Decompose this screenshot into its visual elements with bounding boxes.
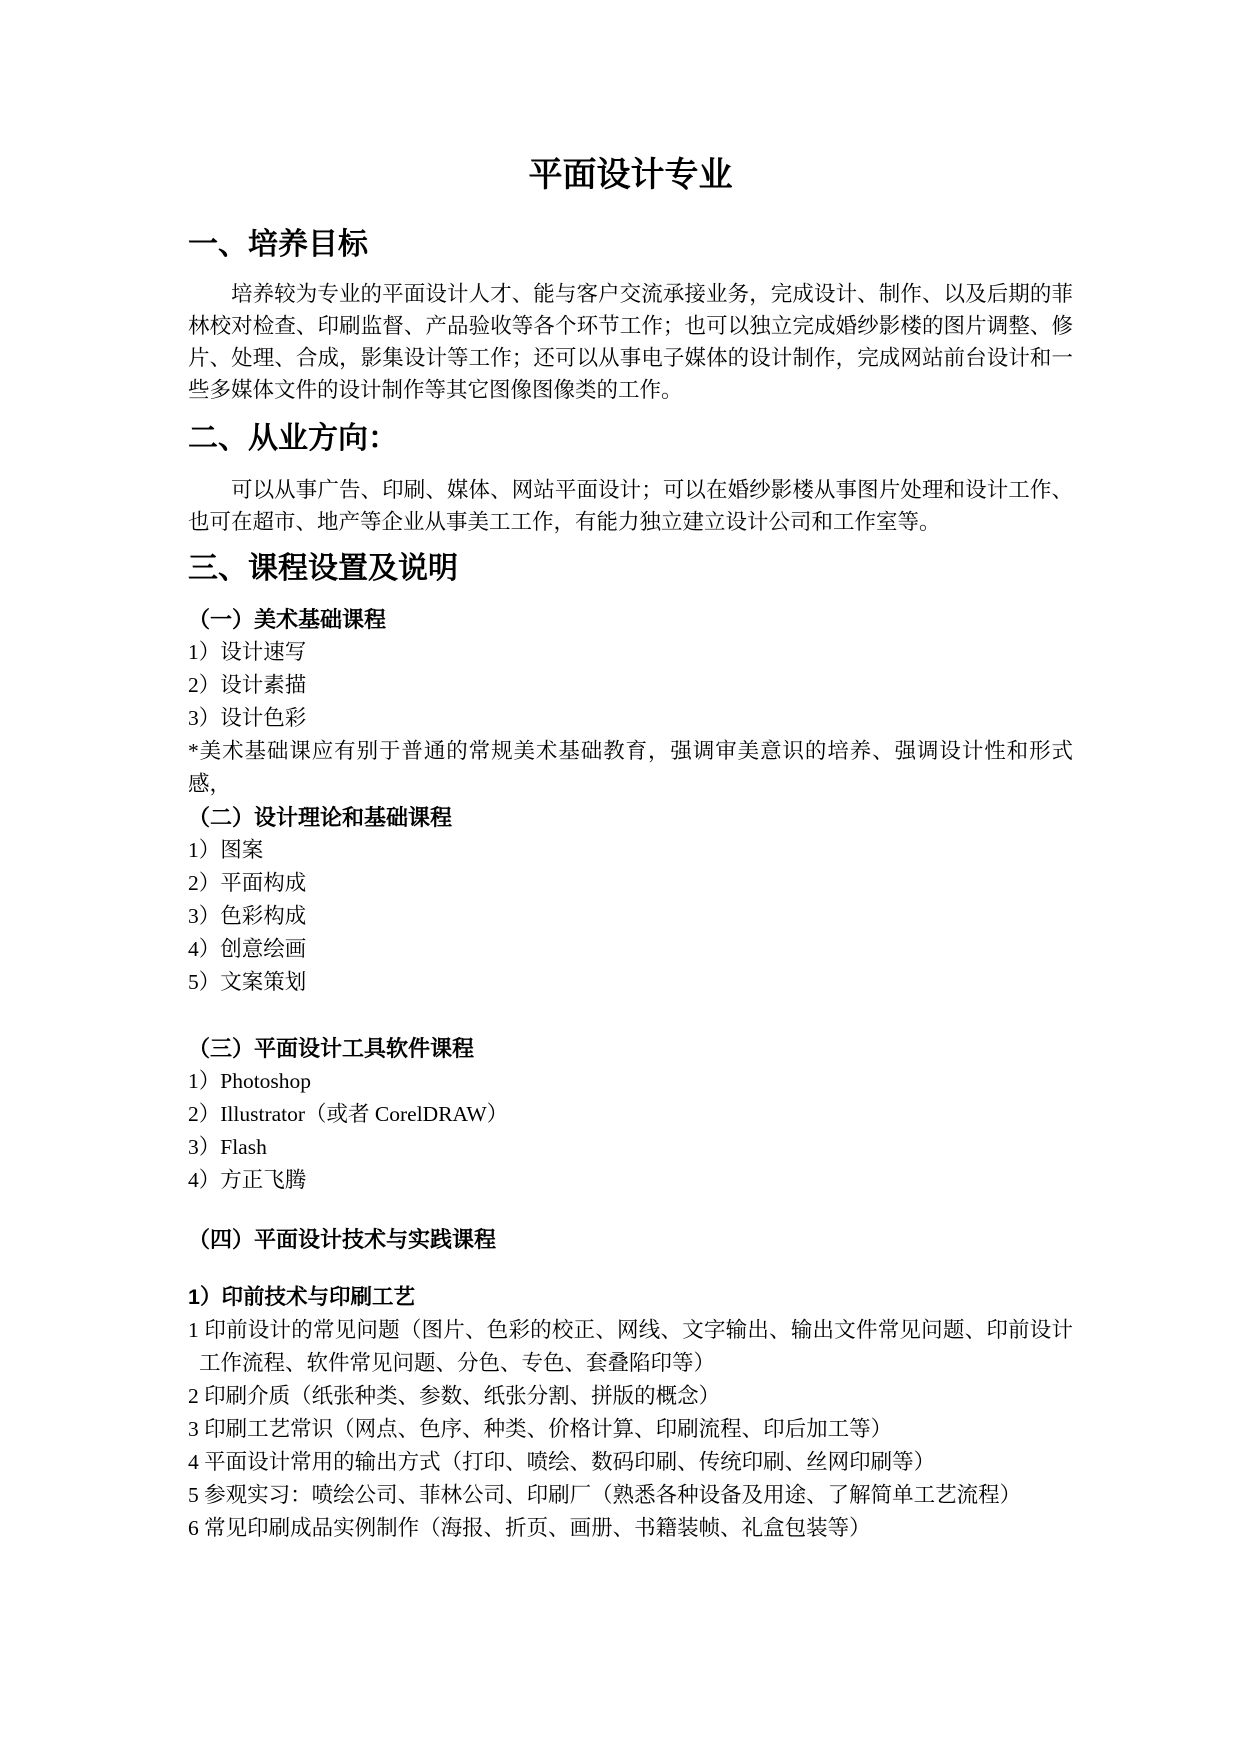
course-item-art-2: 2）设计素描 xyxy=(188,669,1073,702)
course-item-prepress-3: 3 印刷工艺常识（网点、色序、种类、价格计算、印刷流程、印后加工等） xyxy=(188,1413,1073,1446)
career-direction-paragraph: 可以从事广告、印刷、媒体、网站平面设计；可以在婚纱影楼从事图片处理和设计工作、也… xyxy=(188,474,1073,538)
section-heading-training-goal: 一、培养目标 xyxy=(188,225,1073,265)
group-heading-art-basics: （一）美术基础课程 xyxy=(188,603,1073,636)
course-item-software-3: 3）Flash xyxy=(188,1131,1073,1164)
text-column: 平面设计专业 一、培养目标 培养较为专业的平面设计人才、能与客户交流承接业务，完… xyxy=(188,0,1073,1545)
document-title: 平面设计专业 xyxy=(188,0,1073,197)
course-item-theory-2: 2）平面构成 xyxy=(188,867,1073,900)
course-item-software-1: 1）Photoshop xyxy=(188,1065,1073,1098)
group-heading-software-tools: （三）平面设计工具软件课程 xyxy=(188,1032,1073,1065)
section-heading-curriculum: 三、课程设置及说明 xyxy=(188,549,1073,589)
course-item-software-4: 4）方正飞腾 xyxy=(188,1164,1073,1197)
course-item-prepress-6: 6 常见印刷成品实例制作（海报、折页、画册、书籍装帧、礼盒包装等） xyxy=(188,1512,1073,1545)
course-item-theory-4: 4）创意绘画 xyxy=(188,933,1073,966)
course-item-software-2: 2）Illustrator（或者 CorelDRAW） xyxy=(188,1098,1073,1131)
subheading-prepress-printing: 1）印前技术与印刷工艺 xyxy=(188,1281,1073,1314)
document-page: 平面设计专业 一、培养目标 培养较为专业的平面设计人才、能与客户交流承接业务，完… xyxy=(0,0,1241,1754)
course-item-prepress-5: 5 参观实习：喷绘公司、菲林公司、印刷厂（熟悉各种设备及用途、了解简单工艺流程） xyxy=(188,1479,1073,1512)
group-heading-technique-practice: （四）平面设计技术与实践课程 xyxy=(188,1223,1073,1256)
course-item-theory-1: 1）图案 xyxy=(188,834,1073,867)
course-item-theory-3: 3）色彩构成 xyxy=(188,900,1073,933)
course-item-prepress-1: 1 印前设计的常见问题（图片、色彩的校正、网线、文字输出、输出文件常见问题、印前… xyxy=(188,1314,1073,1380)
group-heading-design-theory: （二）设计理论和基础课程 xyxy=(188,801,1073,834)
section-heading-career-direction: 二、从业方向： xyxy=(188,419,1073,459)
course-item-art-3: 3）设计色彩 xyxy=(188,702,1073,735)
art-basics-note: *美术基础课应有别于普通的常规美术基础教育，强调审美意识的培养、强调设计性和形式… xyxy=(188,735,1073,801)
course-item-theory-5: 5）文案策划 xyxy=(188,966,1073,999)
course-item-prepress-4: 4 平面设计常用的输出方式（打印、喷绘、数码印刷、传统印刷、丝网印刷等） xyxy=(188,1446,1073,1479)
course-item-prepress-2: 2 印刷介质（纸张种类、参数、纸张分割、拼版的概念） xyxy=(188,1380,1073,1413)
training-goal-paragraph: 培养较为专业的平面设计人才、能与客户交流承接业务，完成设计、制作、以及后期的菲林… xyxy=(188,278,1073,406)
course-item-art-1: 1）设计速写 xyxy=(188,636,1073,669)
